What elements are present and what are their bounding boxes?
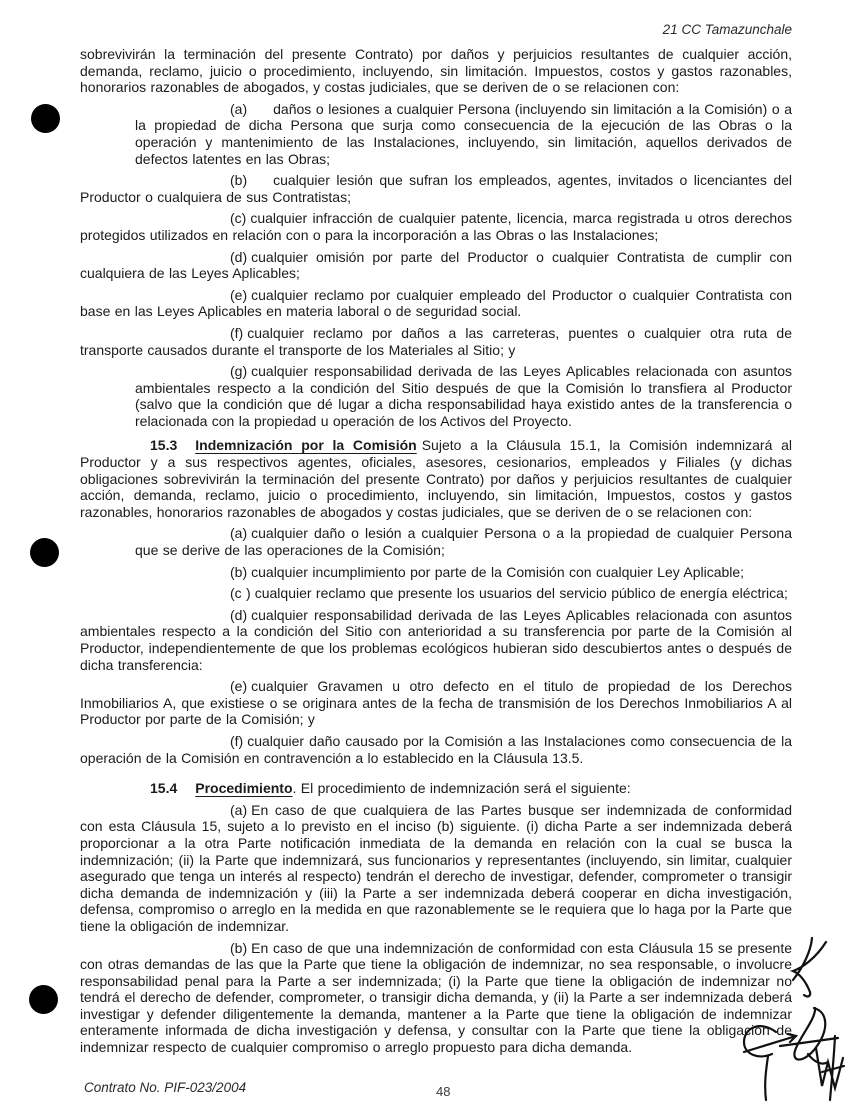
- hole-punch-bottom: [29, 985, 58, 1014]
- clause-15-3-item-b: (b)cualquier incumplimiento por parte de…: [80, 564, 792, 581]
- item-text: cualquier incumplimiento por parte de la…: [251, 564, 744, 580]
- item-label: (e): [230, 678, 247, 694]
- item-label: (b): [230, 564, 247, 580]
- item-label: (a): [230, 802, 247, 818]
- hole-punch-middle: [30, 538, 59, 567]
- item-text: En caso de que una indemnización de conf…: [80, 940, 792, 1056]
- clause-15-2-item-c: (c)cualquier infracción de cualquier pat…: [80, 210, 792, 243]
- clause-number: 15.3: [150, 437, 177, 453]
- item-label: (c ): [230, 585, 251, 601]
- clause-15-4-item-b: (b)En caso de que una indemnización de c…: [80, 940, 792, 1056]
- signature-mark-loop: [780, 1008, 838, 1064]
- clause-15-3-item-c: (c )cualquier reclamo que presente los u…: [80, 585, 792, 602]
- footer-contract-number: Contrato No. PIF-023/2004: [84, 1080, 246, 1095]
- item-label: (b): [230, 172, 247, 188]
- clause-15-3-item-f: (f)cualquier daño causado por la Comisió…: [80, 733, 792, 766]
- clause-body: . El procedimiento de indemnización será…: [293, 780, 631, 796]
- item-label: (a): [230, 525, 247, 541]
- document-body: sobrevivirán la terminación del presente…: [80, 46, 792, 1061]
- item-label: (f): [230, 325, 243, 341]
- item-text: cualquier reclamo por cualquier empleado…: [80, 287, 792, 320]
- clause-body: Sujeto a la Cláusula 15.1, la Comisión i…: [80, 437, 792, 519]
- clause-number: 15.4: [150, 780, 177, 796]
- clause-15-3-paragraph: 15.3Indemnización por la ComisiónSujeto …: [80, 437, 792, 520]
- doc-reference: 21 CC Tamazunchale: [663, 22, 792, 37]
- clause-15-2-item-b: (b)cualquier lesión que sufran los emple…: [80, 172, 792, 205]
- item-text: cualquier reclamo que presente los usuar…: [255, 585, 788, 601]
- clause-15-2-item-d: (d)cualquier omisión por parte del Produ…: [80, 249, 792, 282]
- clause-15-4-paragraph: 15.4Procedimiento. El procedimiento de i…: [80, 780, 792, 797]
- item-label: (c): [230, 210, 246, 226]
- item-label: (g): [230, 363, 247, 379]
- signature-mark-k: [793, 938, 826, 996]
- clause-15-4-item-a: (a)En caso de que cualquiera de las Part…: [80, 802, 792, 935]
- item-text: cualquier daño causado por la Comisión a…: [80, 733, 792, 766]
- contract-page: 21 CC Tamazunchale sobrevivirán la termi…: [0, 0, 850, 1108]
- item-text: cualquier infracción de cualquier patent…: [80, 210, 792, 243]
- clause-15-2-item-f: (f)cualquier reclamo por daños a las car…: [80, 325, 792, 358]
- clause-15-2-item-a: (a)daños o lesiones a cualquier Persona …: [135, 101, 792, 167]
- item-text: cualquier Gravamen u otro defecto en el …: [80, 678, 792, 727]
- clause-heading: Indemnización por la Comisión: [195, 437, 416, 453]
- footer-page-number: 48: [436, 1084, 450, 1099]
- item-text: cualquier responsabilidad derivada de la…: [80, 607, 792, 673]
- intro-paragraph: sobrevivirán la terminación del presente…: [80, 46, 792, 96]
- item-label: (d): [230, 249, 247, 265]
- item-label: (f): [230, 733, 243, 749]
- item-text: cualquier lesión que sufran los empleado…: [80, 172, 792, 205]
- clause-15-3-item-a: (a)cualquier daño o lesión a cualquier P…: [135, 525, 792, 558]
- signature-mark-scribble: [816, 1036, 844, 1100]
- item-text: cualquier reclamo por daños a las carret…: [80, 325, 792, 358]
- clause-15-2-item-g: (g)cualquier responsabilidad derivada de…: [135, 363, 792, 429]
- clause-15-3-item-e: (e)cualquier Gravamen u otro defecto en …: [80, 678, 792, 728]
- item-text: En caso de que cualquiera de las Partes …: [80, 802, 792, 934]
- item-label: (e): [230, 287, 247, 303]
- item-label: (a): [230, 101, 247, 117]
- handwritten-initials: [738, 916, 850, 1108]
- hole-punch-top: [31, 104, 60, 133]
- clause-15-2-item-e: (e)cualquier reclamo por cualquier emple…: [80, 287, 792, 320]
- signature-mark-circle-arrow: [744, 1026, 796, 1100]
- item-label: (d): [230, 607, 247, 623]
- clause-15-3-item-d: (d)cualquier responsabilidad derivada de…: [80, 607, 792, 673]
- clause-heading: Procedimiento: [195, 780, 292, 796]
- item-label: (b): [230, 940, 247, 956]
- item-text: cualquier omisión por parte del Producto…: [80, 249, 792, 282]
